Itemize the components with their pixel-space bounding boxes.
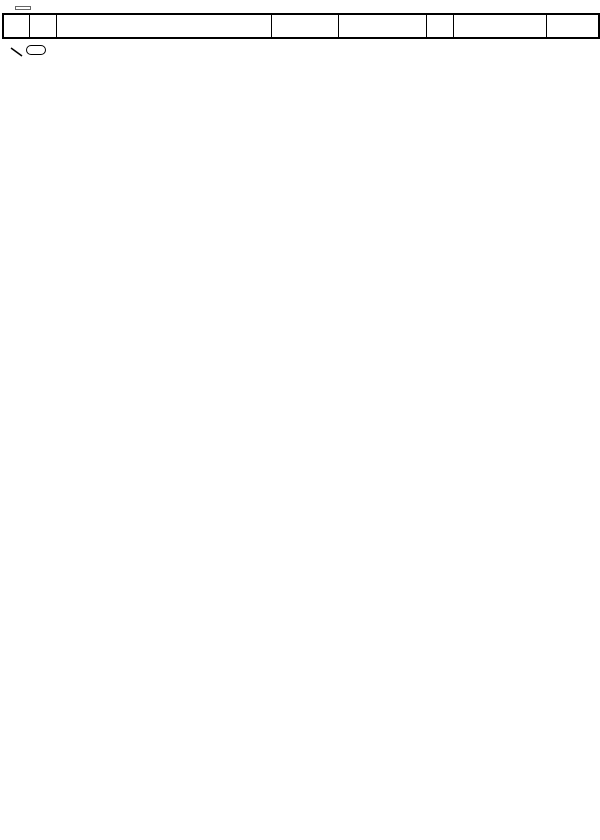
venue-line — [4, 6, 600, 10]
col-header-place — [338, 14, 426, 38]
table-wrap — [2, 13, 598, 39]
schedule-table — [2, 13, 600, 39]
suspended-badge — [15, 6, 31, 10]
col-header-duty — [546, 14, 599, 38]
header-row — [3, 14, 599, 38]
col-header-shiori — [426, 14, 453, 38]
col-header-event — [56, 14, 271, 38]
footer-note-box — [26, 45, 46, 55]
col-header-day — [3, 14, 29, 38]
note-pointer-line — [8, 45, 24, 61]
footer-note-row — [6, 45, 600, 61]
footer — [6, 45, 600, 61]
col-header-time — [271, 14, 338, 38]
col-header-junko — [453, 14, 546, 38]
col-header-weekday — [29, 14, 56, 38]
page — [0, 0, 600, 840]
